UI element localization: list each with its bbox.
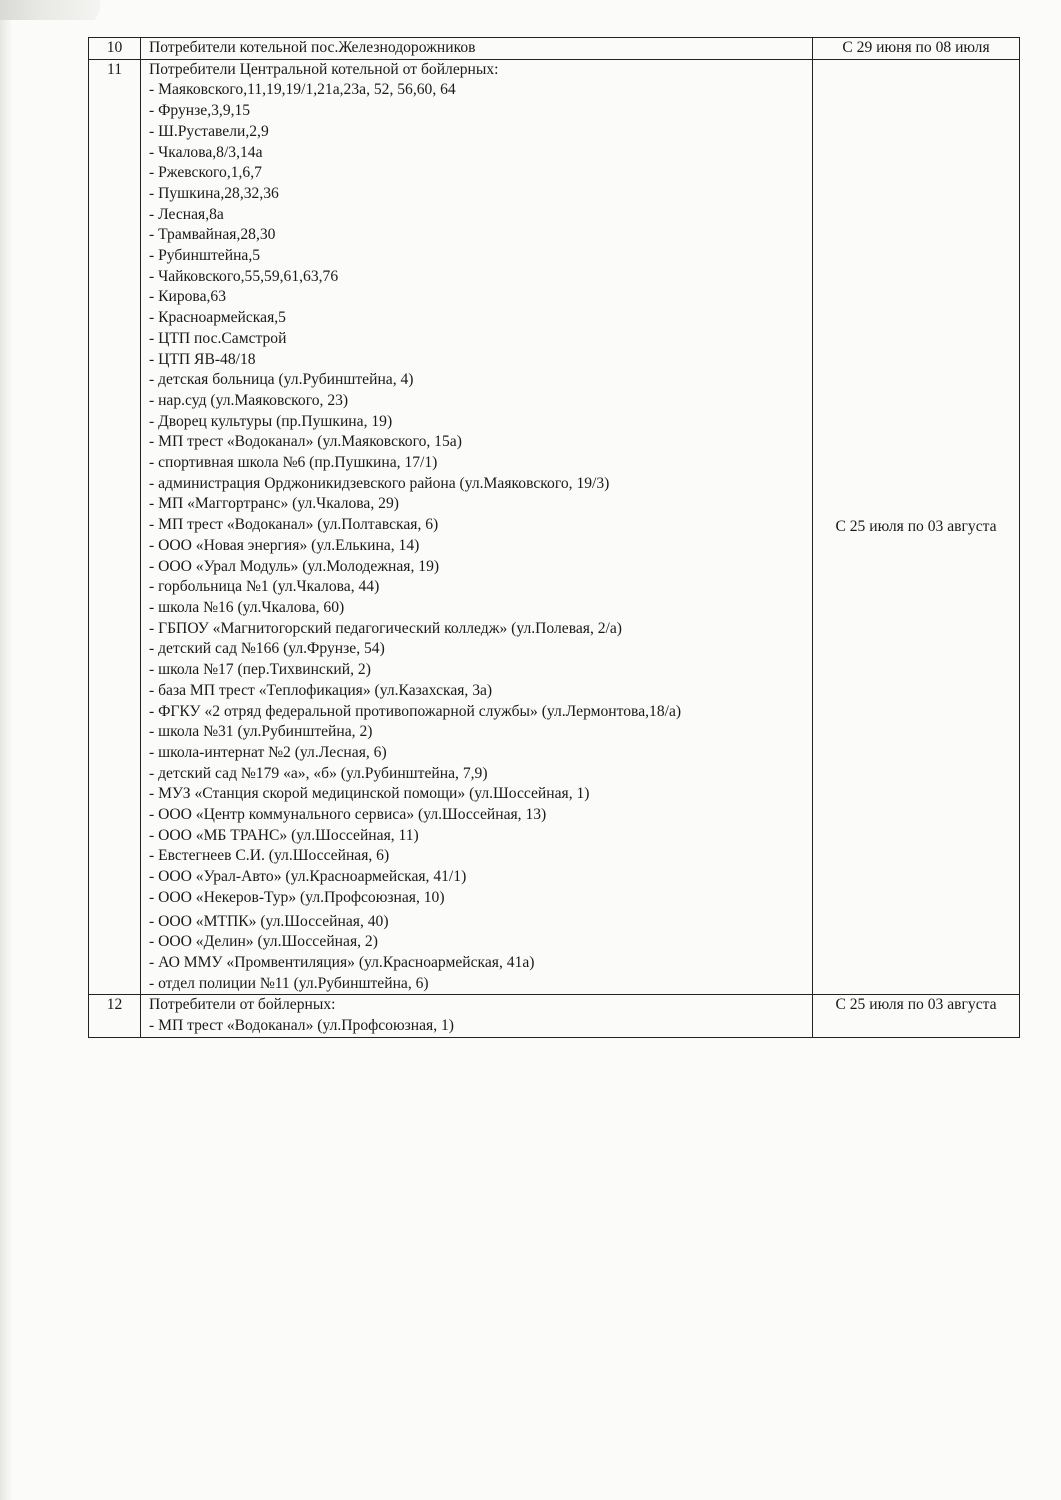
row-number: 12 [89, 995, 141, 1037]
consumer-item: - отдел полиции №11 (ул.Рубинштейна, 6) [149, 974, 812, 995]
scan-edge-shadow [0, 0, 12, 1500]
consumer-item: - ООО «Новая энергия» (ул.Елькина, 14) [149, 536, 812, 557]
row-title: Потребители Центральной котельной от бой… [149, 60, 812, 81]
consumer-item: - Ш.Руставели,2,9 [149, 122, 812, 143]
row-period: С 29 июня по 08 июля [813, 38, 1020, 60]
consumer-item: - МП трест «Водоканал» (ул.Профсоюзная, … [149, 1016, 812, 1037]
consumer-item: - Рубинштейна,5 [149, 246, 812, 267]
row-number: 11 [89, 59, 141, 995]
consumer-item: - школа №31 (ул.Рубинштейна, 2) [149, 722, 812, 743]
table-row: 12 Потребители от бойлерных: - МП трест … [89, 995, 1020, 1037]
consumer-item: - школа-интернат №2 (ул.Лесная, 6) [149, 743, 812, 764]
consumer-item: - ООО «Некеров-Тур» (ул.Профсоюзная, 10) [149, 888, 812, 909]
consumer-item: - ООО «Центр коммунального сервиса» (ул.… [149, 805, 812, 826]
consumer-item: - Дворец культуры (пр.Пушкина, 19) [149, 412, 812, 433]
consumer-item: - Чайковского,55,59,61,63,76 [149, 267, 812, 288]
consumer-item: - Фрунзе,3,9,15 [149, 101, 812, 122]
consumer-list: - Маяковского,11,19,19/1,21а,23а, 52, 56… [149, 80, 812, 994]
consumer-list: - МП трест «Водоканал» (ул.Профсоюзная, … [149, 1016, 812, 1037]
consumer-item: - администрация Орджоникидзевского район… [149, 474, 812, 495]
consumer-item: - школа №17 (пер.Тихвинский, 2) [149, 660, 812, 681]
consumer-item: - горбольница №1 (ул.Чкалова, 44) [149, 577, 812, 598]
row-description: Потребители Центральной котельной от бой… [141, 59, 813, 995]
consumer-item: - ООО «МБ ТРАНС» (ул.Шоссейная, 11) [149, 826, 812, 847]
consumer-item: - детский сад №179 «а», «б» (ул.Рубинште… [149, 764, 812, 785]
row-description: Потребители котельной пос.Железнодорожни… [141, 38, 813, 60]
consumer-item: - ООО «Урал-Авто» (ул.Красноармейская, 4… [149, 867, 812, 888]
row-title: Потребители котельной пос.Железнодорожни… [149, 38, 812, 59]
consumer-item: - ЦТП ЯВ-48/18 [149, 350, 812, 371]
consumer-item: - Лесная,8а [149, 205, 812, 226]
consumer-item: - АО ММУ «Промвентиляция» (ул.Красноарме… [149, 953, 812, 974]
consumer-item: - ГБПОУ «Магнитогорский педагогический к… [149, 619, 812, 640]
row-title: Потребители от бойлерных: [149, 995, 812, 1016]
heat-shutdown-schedule-table: 10 Потребители котельной пос.Железнодоро… [88, 37, 1020, 1038]
consumer-item: - Евстегнеев С.И. (ул.Шоссейная, 6) [149, 846, 812, 867]
consumer-item: - Ржевского,1,6,7 [149, 163, 812, 184]
consumer-item: - Красноармейская,5 [149, 308, 812, 329]
consumer-item: - Чкалова,8/3,14а [149, 143, 812, 164]
consumer-item: - база МП трест «Теплофикация» (ул.Казах… [149, 681, 812, 702]
consumer-item: - ООО «Делин» (ул.Шоссейная, 2) [149, 932, 812, 953]
consumer-item: - МП трест «Водоканал» (ул.Маяковского, … [149, 432, 812, 453]
row-period: С 25 июля по 03 августа [813, 995, 1020, 1037]
consumer-item: - детский сад №166 (ул.Фрунзе, 54) [149, 639, 812, 660]
consumer-item: - нар.суд (ул.Маяковского, 23) [149, 391, 812, 412]
consumer-item: - ООО «МТПК» (ул.Шоссейная, 40) [149, 912, 812, 933]
consumer-item: - Кирова,63 [149, 287, 812, 308]
consumer-item: - ЦТП пос.Самстрой [149, 329, 812, 350]
consumer-item: - ФГКУ «2 отряд федеральной противопожар… [149, 702, 812, 723]
consumer-item: - МП «Маггортранс» (ул.Чкалова, 29) [149, 494, 812, 515]
consumer-item: - школа №16 (ул.Чкалова, 60) [149, 598, 812, 619]
consumer-item: - детская больница (ул.Рубинштейна, 4) [149, 370, 812, 391]
consumer-item: - Пушкина,28,32,36 [149, 184, 812, 205]
scan-corner-artifact [0, 0, 100, 20]
consumer-item: - спортивная школа №6 (пр.Пушкина, 17/1) [149, 453, 812, 474]
table-row: 10 Потребители котельной пос.Железнодоро… [89, 38, 1020, 60]
row-number: 10 [89, 38, 141, 60]
row-period: С 25 июля по 03 августа [813, 59, 1020, 995]
consumer-item: - Трамвайная,28,30 [149, 225, 812, 246]
row-description: Потребители от бойлерных: - МП трест «Во… [141, 995, 813, 1037]
table-row: 11 Потребители Центральной котельной от … [89, 59, 1020, 995]
consumer-item: - МУЗ «Станция скорой медицинской помощи… [149, 784, 812, 805]
consumer-item: - МП трест «Водоканал» (ул.Полтавская, 6… [149, 515, 812, 536]
consumer-item: - Маяковского,11,19,19/1,21а,23а, 52, 56… [149, 80, 812, 101]
consumer-item: - ООО «Урал Модуль» (ул.Молодежная, 19) [149, 557, 812, 578]
